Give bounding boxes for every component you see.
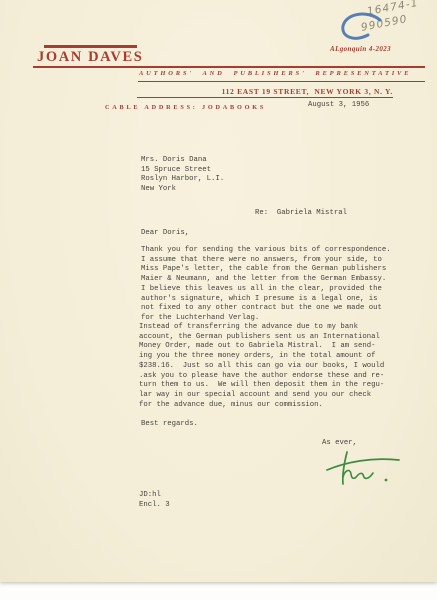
letterhead-name: JOAN DAVES	[37, 49, 143, 66]
letterhead-rule-top	[44, 45, 137, 48]
signature-joan	[314, 447, 410, 492]
letterhead-street-address: 112 EAST 19 STREET, NEW YORK 3, N. Y.	[137, 87, 393, 96]
reference-block: JD:hl Encl. 3	[139, 491, 170, 510]
letterhead-rule-under-tagline	[138, 81, 425, 83]
blue-crayon-c-mark	[334, 9, 386, 47]
closing-line: Best regards.	[141, 420, 198, 430]
date-line: August 3, 1956	[308, 101, 369, 111]
letterhead-rule-under-address	[137, 97, 393, 99]
body-paragraph-1: Thank you for sending the various bits o…	[141, 246, 391, 324]
letterhead-cable-address: CABLE ADDRESS: JODABOOKS	[105, 104, 266, 111]
letterhead-tagline: AUTHORS' AND PUBLISHERS' REPRESENTATIVE	[139, 70, 411, 77]
letterhead-phone: ALgonquin 4-2023	[330, 45, 391, 53]
letterhead-rule-under-name	[33, 66, 425, 68]
letter-page: 16474-1 990590 ALgonquin 4-2023 JOAN DAV…	[0, 0, 437, 582]
body-paragraph-2: Instead of transferring the advance due …	[139, 323, 384, 410]
recipient-address-block: Mrs. Doris Dana 15 Spruce Street Roslyn …	[141, 156, 224, 195]
salutation: Dear Doris,	[141, 229, 189, 239]
re-subject-line: Re: Gabriela Mistral	[255, 209, 347, 219]
